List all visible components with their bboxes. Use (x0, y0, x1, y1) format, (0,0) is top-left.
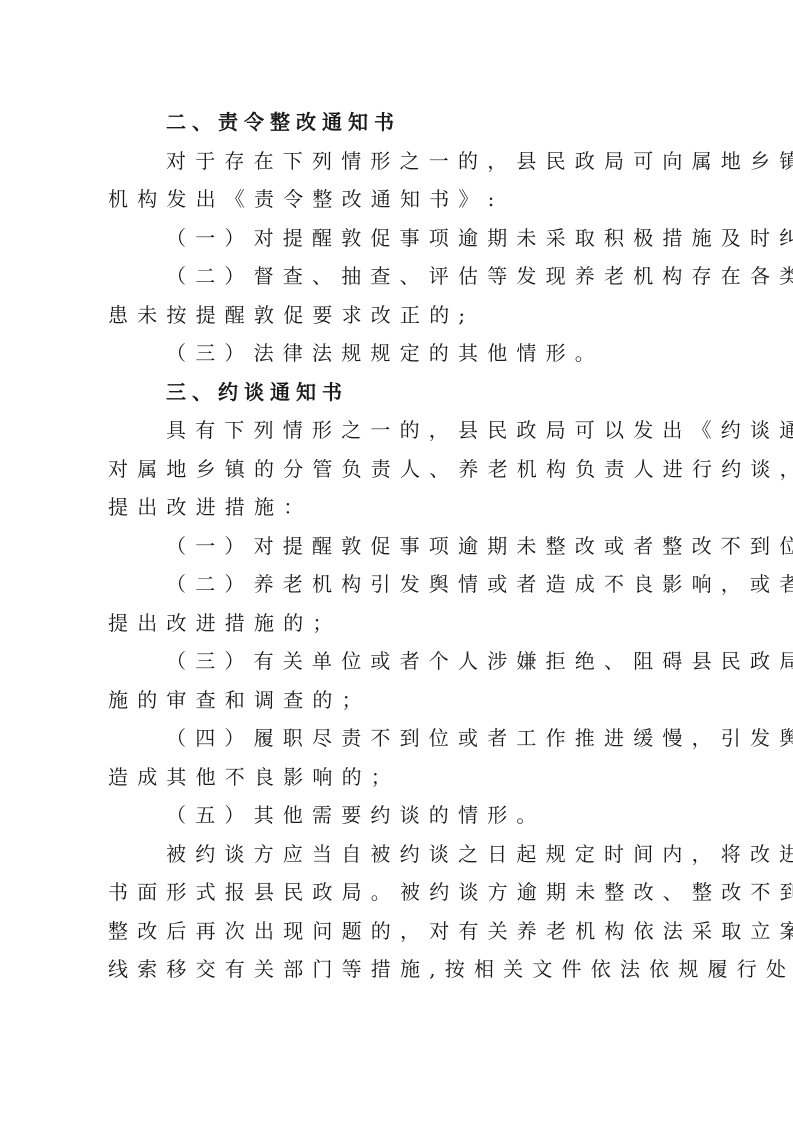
paragraph-line: 整改后再次出现问题的，对有关养老机构依法采取立案调查、 (108, 912, 692, 951)
paragraph-line: 对于存在下列情形之一的，县民政局可向属地乡镇和养老 (108, 142, 692, 181)
paragraph-line: 机构发出《责令整改通知书》: (108, 180, 692, 219)
list-item: （三）法律法规规定的其他情形。 (108, 334, 692, 373)
list-item: （四）履职尽责不到位或者工作推进缓慢，引发舆情或者 (108, 719, 692, 758)
paragraph-line: 对属地乡镇的分管负责人、养老机构负责人进行约谈，要求其 (108, 450, 692, 489)
paragraph-line: 线索移交有关部门等措施,按相关文件依法依规履行处罚程序。 (108, 950, 692, 989)
list-item: （一）对提醒敦促事项逾期未整改或者整改不到位的； (108, 527, 692, 566)
list-item-continuation: 施的审查和调查的； (108, 681, 692, 720)
list-item-continuation: 提出改进措施的； (108, 604, 692, 643)
paragraph-line: 具有下列情形之一的，县民政局可以发出《约谈通知书》， (108, 411, 692, 450)
list-item: （五）其他需要约谈的情形。 (108, 796, 692, 835)
section-heading-3: 三、约谈通知书 (108, 373, 692, 412)
paragraph-line: 被约谈方应当自被约谈之日起规定时间内，将改进措施以 (108, 835, 692, 874)
paragraph-line: 书面形式报县民政局。被约谈方逾期未整改、整改不到位或者 (108, 873, 692, 912)
list-item-continuation: 造成其他不良影响的； (108, 758, 692, 797)
list-item: （三）有关单位或者个人涉嫌拒绝、阻碍县民政局依法实 (108, 642, 692, 681)
list-item: （一）对提醒敦促事项逾期未采取积极措施及时纠正的; (108, 219, 692, 258)
section-heading-2: 二、责令整改通知书 (108, 103, 692, 142)
list-item: （二）督查、抽查、评估等发现养老机构存在各类问题隐 (108, 257, 692, 296)
paragraph-line: 提出改进措施： (108, 488, 692, 527)
list-item: （二）养老机构引发舆情或者造成不良影响，或者需要其 (108, 565, 692, 604)
document-page: 二、责令整改通知书 对于存在下列情形之一的，县民政局可向属地乡镇和养老 机构发出… (108, 103, 692, 989)
list-item-continuation: 患未按提醒敦促要求改正的; (108, 296, 692, 335)
